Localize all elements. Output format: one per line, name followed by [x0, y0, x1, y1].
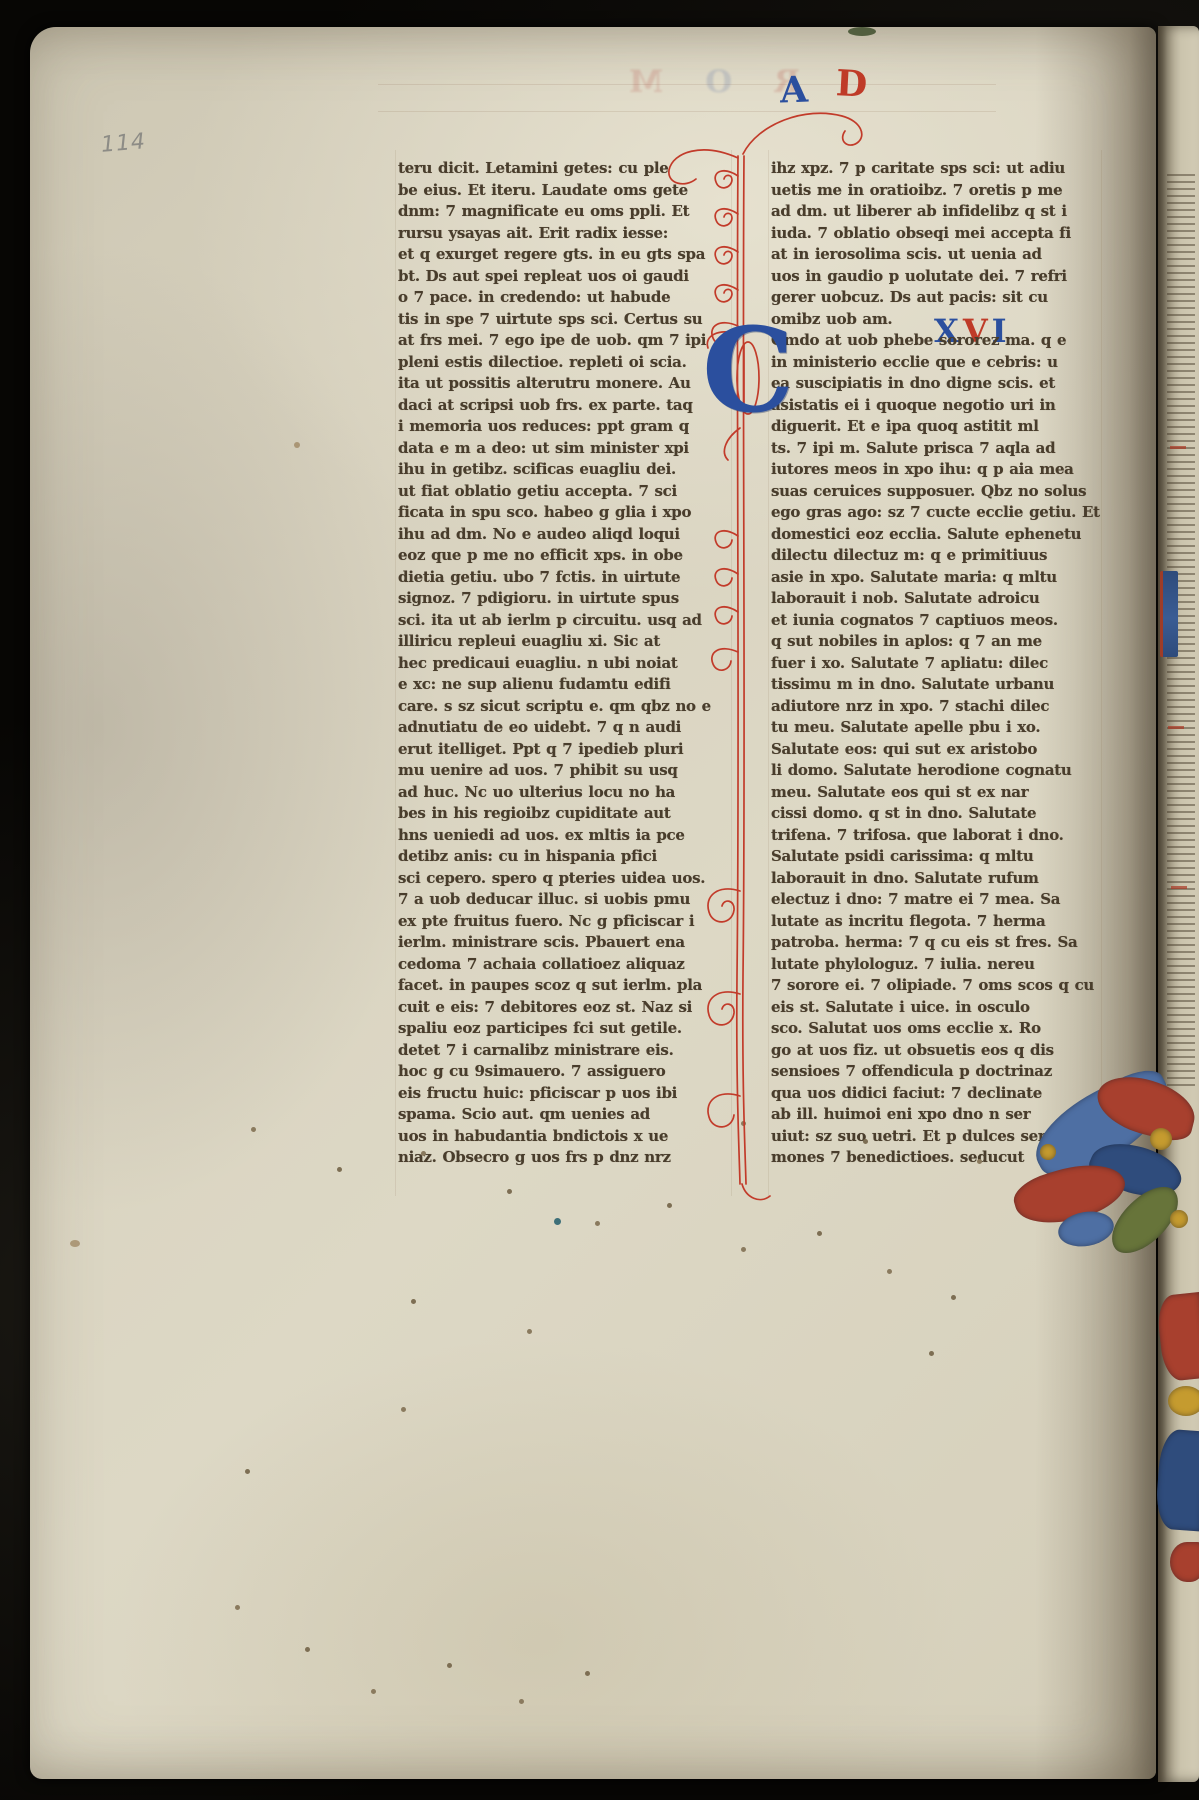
chapter-initial: C [702, 318, 774, 430]
colored-letter: M [587, 64, 663, 100]
colored-letter: O [663, 64, 732, 100]
next-folio-rubric-mark [1171, 886, 1187, 889]
next-folio-rubric-mark [1168, 726, 1184, 729]
parchment-specks [0, 0, 3, 3]
green-stain [848, 27, 876, 36]
illuminated-edge-fragment [1142, 1290, 1199, 1590]
blue-border-bar [1155, 1429, 1199, 1532]
gold-bezant [1040, 1144, 1056, 1160]
gold-bezant [1150, 1128, 1172, 1150]
red-penwork-flourish [660, 96, 875, 1221]
brown-stain [294, 442, 300, 448]
bleedthrough-running-title: ROM [540, 64, 800, 100]
manuscript-photo: { "colors": { "ink": "#493d2c", "rubric_… [0, 0, 1199, 1800]
red-border-leaf [1170, 1542, 1199, 1582]
folio-number: 114 [100, 129, 147, 158]
next-folio-illuminated-initial [1160, 571, 1178, 657]
next-folio-rubric-mark [1170, 446, 1186, 449]
gold-bezant [1170, 1210, 1188, 1228]
ruling-line [395, 150, 396, 1196]
red-border-bar [1156, 1292, 1199, 1382]
illuminated-border-fragment [1000, 1070, 1199, 1266]
gold-bezant [1168, 1386, 1199, 1416]
brown-stain [70, 1240, 80, 1247]
